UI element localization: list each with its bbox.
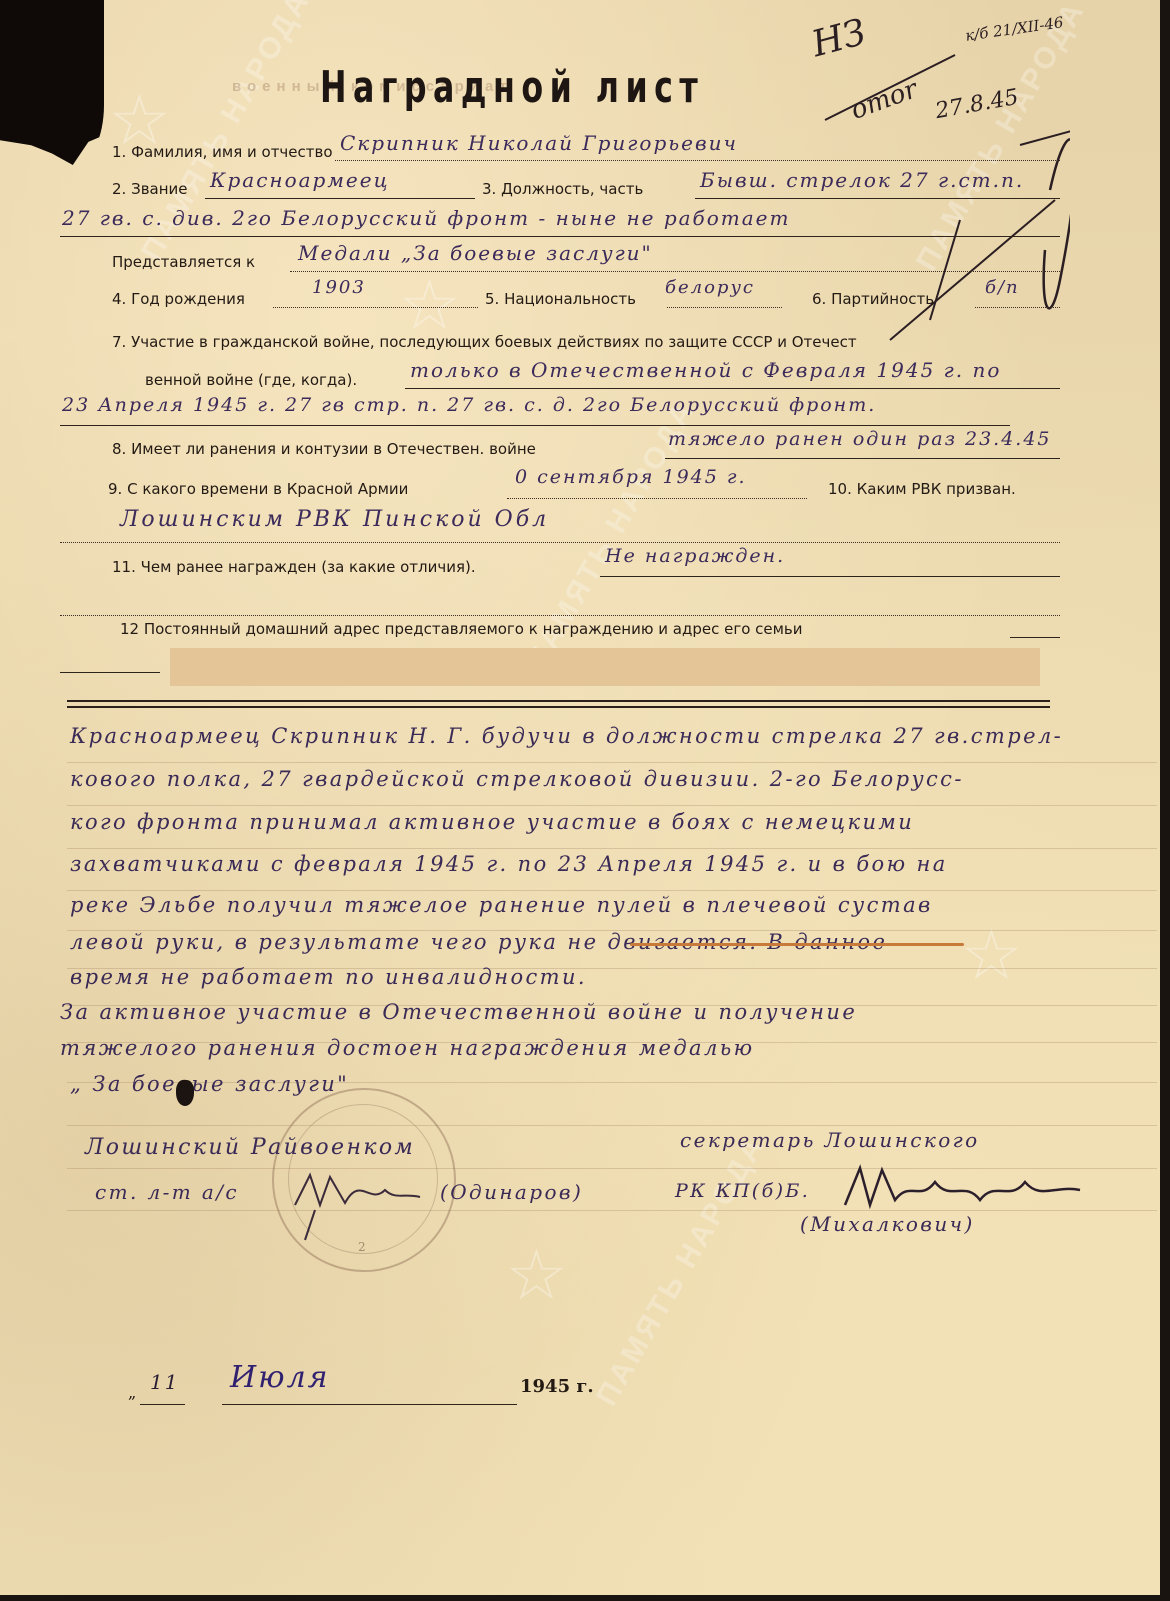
- field-9-label: 9. С какого времени в Красной Армии: [108, 480, 408, 498]
- field-3-value: Бывш. стрелок 27 г.ст.п.: [700, 168, 1024, 192]
- field-12-continuation-line: [60, 672, 160, 673]
- field-7-continuation: 23 Апреля 1945 г. 27 гв стр. п. 27 гв. с…: [62, 394, 876, 416]
- field-5-label: 5. Национальность: [485, 290, 636, 308]
- narrative-line: захватчиками с февраля 1945 г. по 23 Апр…: [70, 852, 948, 876]
- field-7-label-b: венной войне (где, когда).: [145, 371, 357, 389]
- ruled-line: [67, 762, 1157, 763]
- field-5-line: [667, 307, 782, 308]
- date-month: Июля: [230, 1360, 330, 1395]
- field-6-label: 6. Партийность: [812, 290, 934, 308]
- field-11-line: [600, 576, 1060, 577]
- field-3-continuation: 27 гв. с. див. 2го Белорусский фронт - н…: [62, 206, 790, 230]
- field-6-value: б/п: [985, 277, 1020, 298]
- double-rule-top: [67, 700, 1050, 702]
- watermark-star-icon: ☆: [398, 270, 461, 340]
- narrative-line: кого фронта принимал активное участие в …: [70, 810, 914, 834]
- field-3-label: 3. Должность, часть: [482, 180, 643, 198]
- scan-edge-bottom: [0, 1595, 1170, 1601]
- presented-line: [290, 271, 1060, 272]
- signature-left-title: Лошинский Райвоенком: [85, 1135, 415, 1160]
- watermark-text: ПАМЯТЬ НАРОДА: [590, 1130, 772, 1412]
- punch-hole: [176, 1080, 194, 1106]
- field-1-line: [335, 160, 1060, 161]
- field-8-label: 8. Имеет ли ранения и контузии в Отечест…: [112, 440, 536, 458]
- signature-left-scribble: [290, 1165, 430, 1245]
- narrative-line: Красноармеец Скрипник Н. Г. будучи в дол…: [70, 724, 1063, 748]
- torn-corner: [0, 0, 104, 165]
- field-7-line: [405, 388, 1060, 389]
- field-7-continuation-line: [60, 425, 1010, 426]
- narrative-line: кового полка, 27 гвардейской стрелковой …: [70, 767, 964, 791]
- field-2-label: 2. Звание: [112, 180, 188, 198]
- highlight-underline: [630, 943, 964, 946]
- field-5-value: белорус: [665, 277, 755, 298]
- narrative-line: левой руки, в результате чего рука не дв…: [70, 930, 887, 954]
- ruled-line: [67, 805, 1157, 806]
- field-10-label: 10. Каким РВК призван.: [828, 480, 1016, 498]
- signature-left-rank: ст. л-т а/с: [95, 1180, 239, 1204]
- signature-right-org: РК КП(б)Б.: [675, 1180, 810, 1202]
- field-4-line: [273, 307, 478, 308]
- redacted-address: [170, 648, 1040, 686]
- field-4-value: 1903: [312, 277, 366, 298]
- ruled-line: [67, 848, 1157, 849]
- field-12-label: 12 Постоянный домашний адрес представляе…: [120, 620, 803, 638]
- field-10-line: [60, 542, 1060, 543]
- narrative-line: За активное участие в Отечественной войн…: [60, 1000, 857, 1024]
- field-7-label-a: 7. Участие в гражданской войне, последую…: [112, 333, 857, 351]
- presented-label: Представляется к: [112, 253, 255, 271]
- document-title: Наградной лист: [320, 62, 704, 113]
- field-4-label: 4. Год рождения: [112, 290, 245, 308]
- field-9-value: 0 сентября 1945 г.: [515, 466, 747, 488]
- field-2-value: Красноармеец: [210, 168, 390, 192]
- field-3-continuation-line: [60, 236, 1060, 237]
- signature-left-name: (Одинаров): [440, 1180, 583, 1204]
- ruled-line: [67, 1125, 1157, 1126]
- date-day: 11: [150, 1370, 179, 1394]
- field-8-value: тяжело ранен один раз 23.4.45: [668, 428, 1052, 450]
- field-11-label: 11. Чем ранее награжден (за какие отличи…: [112, 558, 476, 576]
- field-6-line: [975, 307, 1060, 308]
- narrative-line: „ За боевые заслуги": [70, 1072, 349, 1096]
- date-quote-open: „: [128, 1383, 136, 1402]
- field-1-label: 1. Фамилия, имя и отчество: [112, 143, 333, 161]
- field-2-line: [205, 198, 475, 199]
- double-rule-bottom: [67, 706, 1050, 708]
- presented-value: Медали „За боевые заслуги": [298, 241, 653, 265]
- ruled-line: [67, 890, 1157, 891]
- field-9-line: [507, 498, 807, 499]
- signature-right-scribble: [840, 1160, 1100, 1220]
- field-11-continuation-line: [60, 615, 1060, 616]
- award-sheet: ☆ ☆ ☆ ☆ ПАМЯТЬ НАРОДА ПАМЯТЬ НАРОДА ПАМЯ…: [0, 0, 1160, 1595]
- field-12-line: [1010, 637, 1060, 638]
- watermark-star-icon: ☆: [505, 1240, 568, 1310]
- narrative-line: тяжелого ранения достоен награждения мед…: [60, 1036, 754, 1060]
- field-1-value: Скрипник Николай Григорьевич: [340, 131, 738, 155]
- field-11-value: Не награжден.: [605, 545, 785, 567]
- date-year: 1945 г.: [520, 1376, 594, 1397]
- narrative-line: реке Эльбе получил тяжелое ранение пулей…: [70, 893, 933, 917]
- field-3-line: [695, 198, 1060, 199]
- field-7-value: только в Отечественной с Февраля 1945 г.…: [410, 358, 1001, 382]
- scan-edge-right: [1160, 0, 1170, 1601]
- narrative-line: время не работает по инвалидности.: [70, 965, 587, 989]
- signature-right-title: секретарь Лошинского: [680, 1128, 980, 1152]
- date-day-line: [140, 1404, 185, 1405]
- field-8-line: [665, 458, 1060, 459]
- date-month-line: [222, 1404, 517, 1405]
- field-10-value: Лошинским РВК Пинской Обл: [120, 507, 549, 532]
- signature-right-name: (Михалкович): [800, 1212, 975, 1236]
